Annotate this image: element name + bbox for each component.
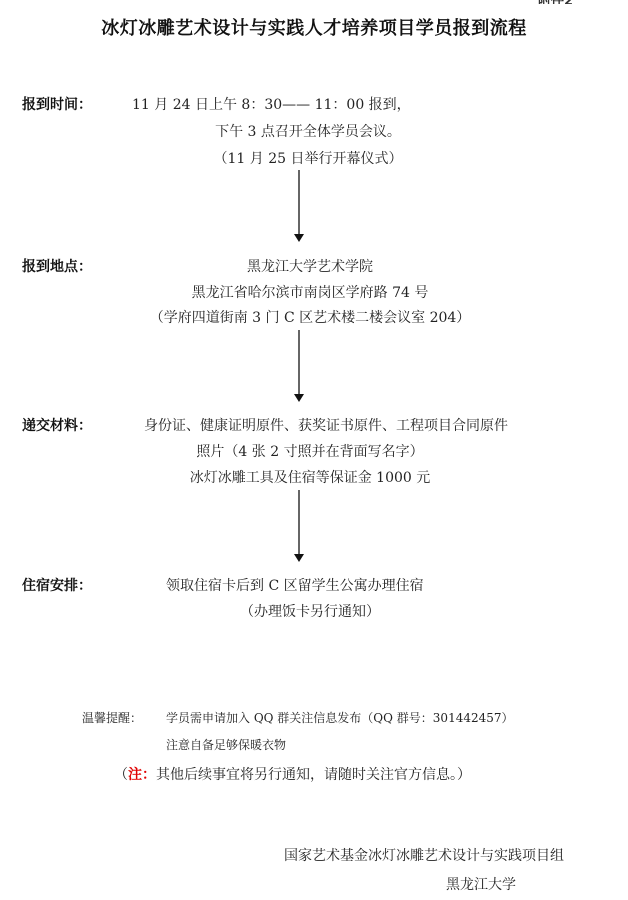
section-materials-line-1: 身份证、健康证明原件、获奖证书原件、工程项目合同原件: [144, 415, 508, 435]
section-location-line-3: （学府四道街南 3 门 C 区艺术楼二楼会议室 204）: [12, 307, 608, 327]
flow-arrow-line: [298, 170, 300, 236]
arrow-down-icon: [294, 394, 304, 402]
section-accommodation-line-2: （办理饭卡另行通知）: [12, 601, 608, 621]
section-materials-line-3: 冰灯冰雕工具及住宿等保证金 1000 元: [12, 467, 608, 487]
flow-arrow-line: [298, 490, 300, 556]
arrow-down-icon: [294, 554, 304, 562]
signature-organization: 国家艺术基金冰灯冰雕艺术设计与实践项目组: [284, 845, 564, 865]
flow-arrow-line: [298, 330, 300, 396]
arrow-down-icon: [294, 234, 304, 242]
section-label-accommodation: 住宿安排：: [22, 575, 92, 595]
note-label: 注：: [128, 767, 156, 783]
section-label-time: 报到时间：: [22, 94, 92, 114]
reminder-line-1: 学员需申请加入 QQ 群关注信息发布（QQ 群号：301442457）: [166, 709, 514, 726]
section-time-line-3: （11 月 25 日举行开幕仪式）: [10, 148, 606, 168]
note-open-paren: （: [114, 767, 128, 783]
signature-university: 黑龙江大学: [446, 874, 516, 894]
note: （注：其他后续事宜将另行通知，请随时关注官方信息。）: [114, 764, 471, 784]
section-label-materials: 递交材料：: [22, 415, 92, 435]
reminder-label: 温馨提醒：: [82, 709, 142, 726]
section-time-line-2: 下午 3 点召开全体学员会议。: [10, 121, 606, 141]
reminder-line-2: 注意自备足够保暖衣物: [166, 736, 286, 753]
section-accommodation-line-1: 领取住宿卡后到 C 区留学生公寓办理住宿: [166, 575, 424, 595]
clipped-header-text: 附件2: [538, 0, 628, 4]
section-location-line-1: 黑龙江大学艺术学院: [12, 256, 608, 276]
section-location-line-2: 黑龙江省哈尔滨市南岗区学府路 74 号: [12, 282, 608, 302]
section-time-line-1: 11 月 24 日上午 8：30—— 11：00 报到，: [132, 94, 411, 114]
section-materials-line-2: 照片（4 张 2 寸照并在背面写名字）: [12, 441, 608, 461]
note-text: 其他后续事宜将另行通知，请随时关注官方信息。）: [156, 767, 471, 783]
document-title: 冰灯冰雕艺术设计与实践人才培养项目学员报到流程: [0, 14, 628, 40]
